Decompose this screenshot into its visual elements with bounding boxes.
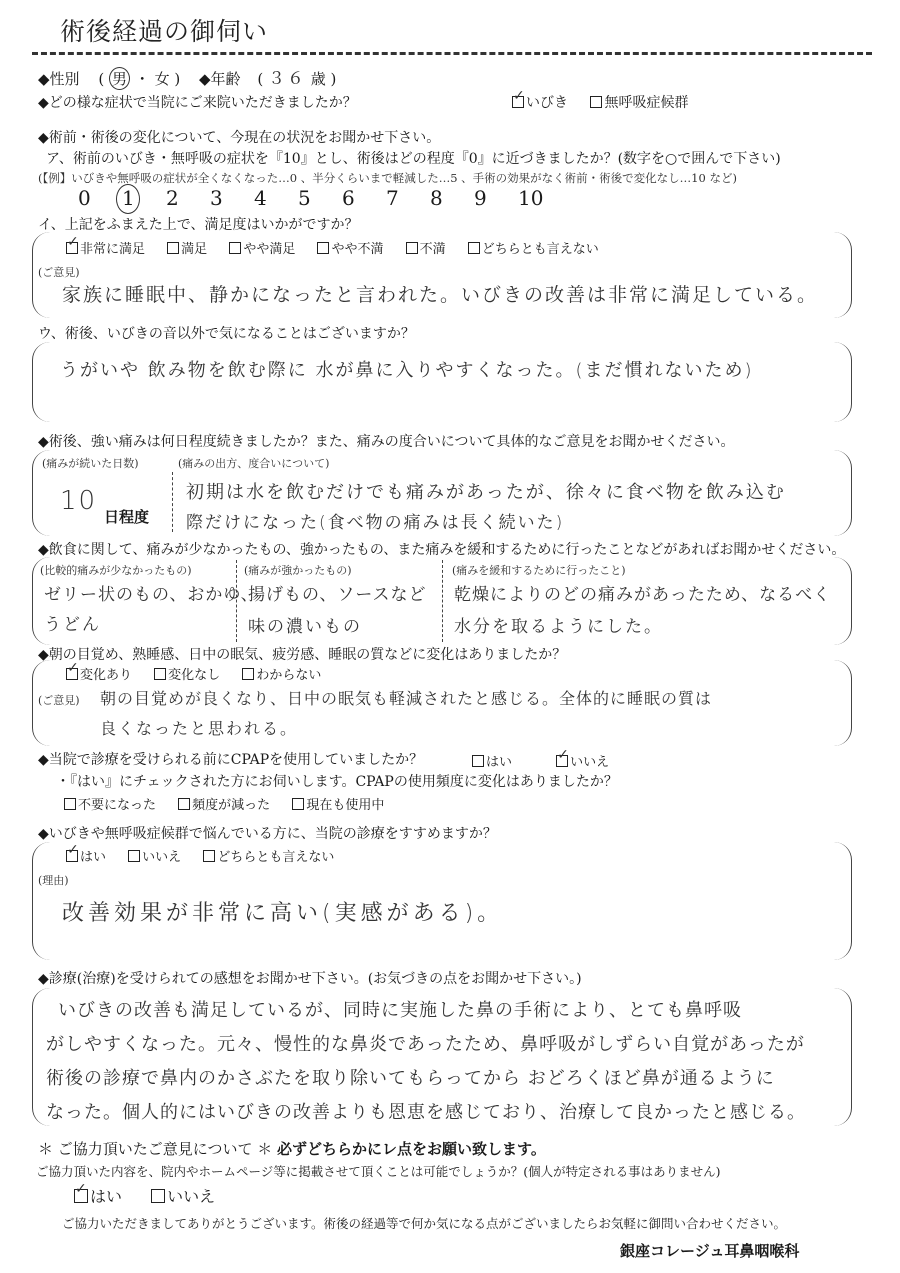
satisfaction-question: イ、上記をふまえた上で、満足度はいかがですか？ [38, 214, 358, 234]
age-value[interactable]: ３６ [268, 69, 306, 89]
recommend-option-no[interactable]: いいえ [128, 846, 181, 865]
scale-10[interactable]: 10 [518, 186, 562, 210]
symptom-option-snoring[interactable]: いびき [512, 92, 568, 112]
checkbox-icon [128, 850, 140, 862]
other-concerns-answer[interactable]: うがいや 飲み物を飲む際に 水が鼻に入りやすくなった。(まだ慣れないため) [60, 356, 754, 382]
sleep-opinion-line2[interactable]: 良くなったと思われる。 [100, 716, 298, 739]
checkbox-checked-icon [66, 668, 78, 680]
checkbox-icon [472, 755, 484, 767]
sleep-option-no-change[interactable]: 変化なし [154, 664, 220, 683]
recommend-question: ◆いびきや無呼吸症候群で悩んでいる方に、当院の診療をすすめますか？ [38, 823, 497, 843]
symptom-question: ◆どの様な症状で当院にご来院いただきましたか？ [38, 92, 357, 112]
scale-7[interactable]: 7 [386, 186, 430, 210]
sleep-option-changed[interactable]: 変化あり [66, 664, 132, 683]
other-concerns-question: ウ、術後、いびきの音以外で気になることはございますか？ [38, 323, 415, 343]
impression-line-1[interactable]: いびきの改善も満足しているが、同時に実施した鼻の手術により、とても鼻呼吸 [58, 996, 742, 1022]
food-relief-label: (痛みを緩和するために行ったこと) [452, 562, 626, 578]
cpap-options: はい いいえ [472, 751, 627, 771]
symptom-option-apnea[interactable]: 無呼吸症候群 [590, 92, 688, 112]
pain-divider [172, 472, 173, 532]
improvement-scale: 0 1 2 3 4 5 6 7 8 9 10 [78, 186, 562, 210]
clinic-name: 銀座コレージュ耳鼻咽喉科 [620, 1240, 799, 1261]
food-question: ◆飲食に関して、痛みが少なかったもの、強かったもの、また痛みを緩和するために行っ… [38, 539, 845, 559]
food-less-line1[interactable]: ゼリー状のもの、おかゆ、 [44, 580, 259, 605]
scale-1-selected[interactable]: 1 [122, 186, 166, 210]
cpap-question: ◆当院で診療を受けられる前にCPAPを使用していましたか？ [38, 749, 423, 769]
age-label: ◆年齢 [199, 70, 241, 88]
cpap-follow-reduced[interactable]: 頻度が減った [178, 794, 270, 813]
food-relief-line2[interactable]: 水分を取るようにした。 [454, 612, 663, 637]
publish-option-yes[interactable]: はい [74, 1184, 122, 1207]
checkbox-icon [64, 798, 76, 810]
pain-detail-line2[interactable]: 際だけになった(食べ物の痛みは長く続いた) [186, 508, 564, 533]
satisfaction-very-satisfied[interactable]: 非常に満足 [66, 238, 145, 257]
checkbox-icon [468, 242, 480, 254]
cpap-follow-question: ・『はい』にチェックされた方にお伺いします。CPAPの使用頻度に変化はありました… [56, 771, 618, 791]
cpap-follow-not-needed[interactable]: 不要になった [64, 794, 156, 813]
satisfaction-dissatisfied[interactable]: 不満 [406, 238, 446, 257]
impression-line-3[interactable]: 術後の診療で鼻内のかさぶたを取り除いてもらってから おどろくほど鼻が通るように [46, 1064, 775, 1090]
food-less-label: (比較的痛みが少なかったもの) [40, 562, 192, 578]
pain-detail-label: (痛みの出方、度合いについて) [178, 455, 329, 471]
impression-line-4[interactable]: なった。個人的にはいびきの改善よりも恩恵を感じており、治療して良かったと感じる。 [46, 1098, 806, 1124]
checkbox-icon [590, 96, 602, 108]
satisfaction-opinion-label: (ご意見) [38, 264, 80, 280]
symptom-options: いびき 無呼吸症候群 [512, 92, 706, 112]
title-divider [32, 52, 872, 55]
satisfaction-somewhat-dissatisfied[interactable]: やや不満 [317, 238, 383, 257]
recommend-reason-label: (理由) [38, 872, 69, 888]
recommend-option-yes[interactable]: はい [66, 846, 106, 865]
footer-note: ＊ ご協力頂いたご意見について ＊ 必ずどちらかにレ点をお願い致します。 [38, 1138, 546, 1159]
recommend-options: はい いいえ どちらとも言えない [66, 846, 352, 866]
scale-2[interactable]: 2 [166, 186, 210, 210]
checkbox-icon [151, 1189, 165, 1203]
satisfaction-neither[interactable]: どちらとも言えない [468, 238, 599, 257]
gender-female-option[interactable]: 女 [155, 70, 170, 88]
cpap-follow-still-using[interactable]: 現在も使用中 [292, 794, 384, 813]
food-relief-line1[interactable]: 乾燥によりのどの痛みがあったため、なるべく [454, 580, 831, 605]
checkbox-icon [154, 668, 166, 680]
scale-9[interactable]: 9 [474, 186, 518, 210]
checkbox-icon [203, 850, 215, 862]
scale-6[interactable]: 6 [342, 186, 386, 210]
change-heading: ◆術前・術後の変化について、今現在の状況をお聞かせ下さい。 [38, 127, 440, 147]
sleep-options: 変化あり 変化なし わからない [66, 664, 339, 684]
cpap-follow-options: 不要になった 頻度が減った 現在も使用中 [64, 794, 402, 814]
pain-detail-line1[interactable]: 初期は水を飲むだけでも痛みがあったが、徐々に食べ物を飲み込む [186, 478, 786, 504]
sleep-option-unknown[interactable]: わからない [242, 664, 321, 683]
checkbox-icon [317, 242, 329, 254]
checkbox-icon [167, 242, 179, 254]
food-more-label: (痛みが強かったもの) [244, 562, 352, 578]
sleep-opinion-label: (ご意見) [38, 692, 80, 708]
checkbox-checked-icon [66, 850, 78, 862]
satisfaction-satisfied[interactable]: 満足 [167, 238, 207, 257]
pain-days-label: (痛みが続いた日数) [42, 455, 139, 471]
pain-days-unit: 日程度 [104, 506, 149, 527]
checkbox-icon [229, 242, 241, 254]
publish-options: はい いいえ [74, 1184, 233, 1207]
scale-5[interactable]: 5 [298, 186, 342, 210]
scale-8[interactable]: 8 [430, 186, 474, 210]
other-concerns-box [32, 342, 852, 422]
checkbox-icon [178, 798, 190, 810]
pain-days-value[interactable]: 10 [60, 486, 97, 516]
checkbox-icon [242, 668, 254, 680]
change-a-question: ア、術前のいびき・無呼吸の症状を『10』とし、術後はどの程度『0』に近づきました… [46, 148, 781, 168]
scale-3[interactable]: 3 [210, 186, 254, 210]
checkbox-checked-icon [512, 96, 524, 108]
impression-question: ◆診療(治療)を受けられての感想をお聞かせ下さい。(お気づきの点をお聞かせ下さい… [38, 968, 582, 988]
pain-question: ◆術後、強い痛みは何日程度続きましたか？また、痛みの度合いについて具体的なご意見… [38, 431, 734, 451]
satisfaction-opinion-text[interactable]: 家族に睡眠中、静かになったと言われた。いびきの改善は非常に満足している。 [62, 280, 818, 307]
gender-male-option[interactable]: 男 [109, 67, 130, 90]
satisfaction-options: 非常に満足 満足 やや満足 やや不満 不満 どちらとも言えない [66, 238, 617, 258]
food-divider-2 [442, 560, 443, 642]
change-a-example: (【例】いびきや無呼吸の症状が全くなくなった…0 、半分くらいまで軽減した…5 … [38, 170, 737, 186]
sleep-opinion-line1[interactable]: 朝の目覚めが良くなり、日中の眠気も軽減されたと感じる。全体的に睡眠の質は [100, 686, 712, 709]
checkbox-checked-icon [66, 242, 78, 254]
impression-line-2[interactable]: がしやすくなった。元々、慢性的な鼻炎であったため、鼻呼吸がしずらい自覚があったが [46, 1030, 805, 1056]
scale-4[interactable]: 4 [254, 186, 298, 210]
checkbox-icon [406, 242, 418, 254]
gender-label: ◆性別 [38, 70, 80, 88]
checkbox-icon [292, 798, 304, 810]
checkbox-checked-icon [556, 755, 568, 767]
gender-age-row: ◆性別 ( 男 ・ 女 ) ◆年齢 ( ３６ 歳 ) [38, 64, 336, 90]
food-more-line1[interactable]: 揚げもの、ソースなど [248, 580, 426, 605]
recommend-reason-text[interactable]: 改善効果が非常に高い(実感がある)。 [62, 896, 503, 927]
publish-question: ご協力頂いた内容を、院内やホームページ等に掲載させて頂くことは可能でしょうか？(… [36, 1162, 721, 1180]
cpap-option-yes[interactable]: はい [472, 751, 512, 770]
checkbox-checked-icon [74, 1189, 88, 1203]
cpap-option-no[interactable]: いいえ [556, 751, 609, 770]
footer-note-bold: 必ずどちらかにレ点をお願い致します。 [277, 1140, 546, 1158]
food-more-line2[interactable]: 味の濃いもの [248, 612, 362, 637]
publish-option-no[interactable]: いいえ [151, 1184, 215, 1207]
food-less-line2[interactable]: うどん [44, 610, 101, 635]
form-title: 術後経過の御伺い [60, 12, 268, 48]
satisfaction-somewhat-satisfied[interactable]: やや満足 [229, 238, 295, 257]
footer-note-prefix: ＊ ご協力頂いたご意見について ＊ [38, 1140, 272, 1158]
recommend-option-neither[interactable]: どちらとも言えない [203, 846, 334, 865]
thanks-message: ご協力いただきましてありがとうございます。術後の経過等で何か気になる点がございま… [62, 1214, 786, 1232]
